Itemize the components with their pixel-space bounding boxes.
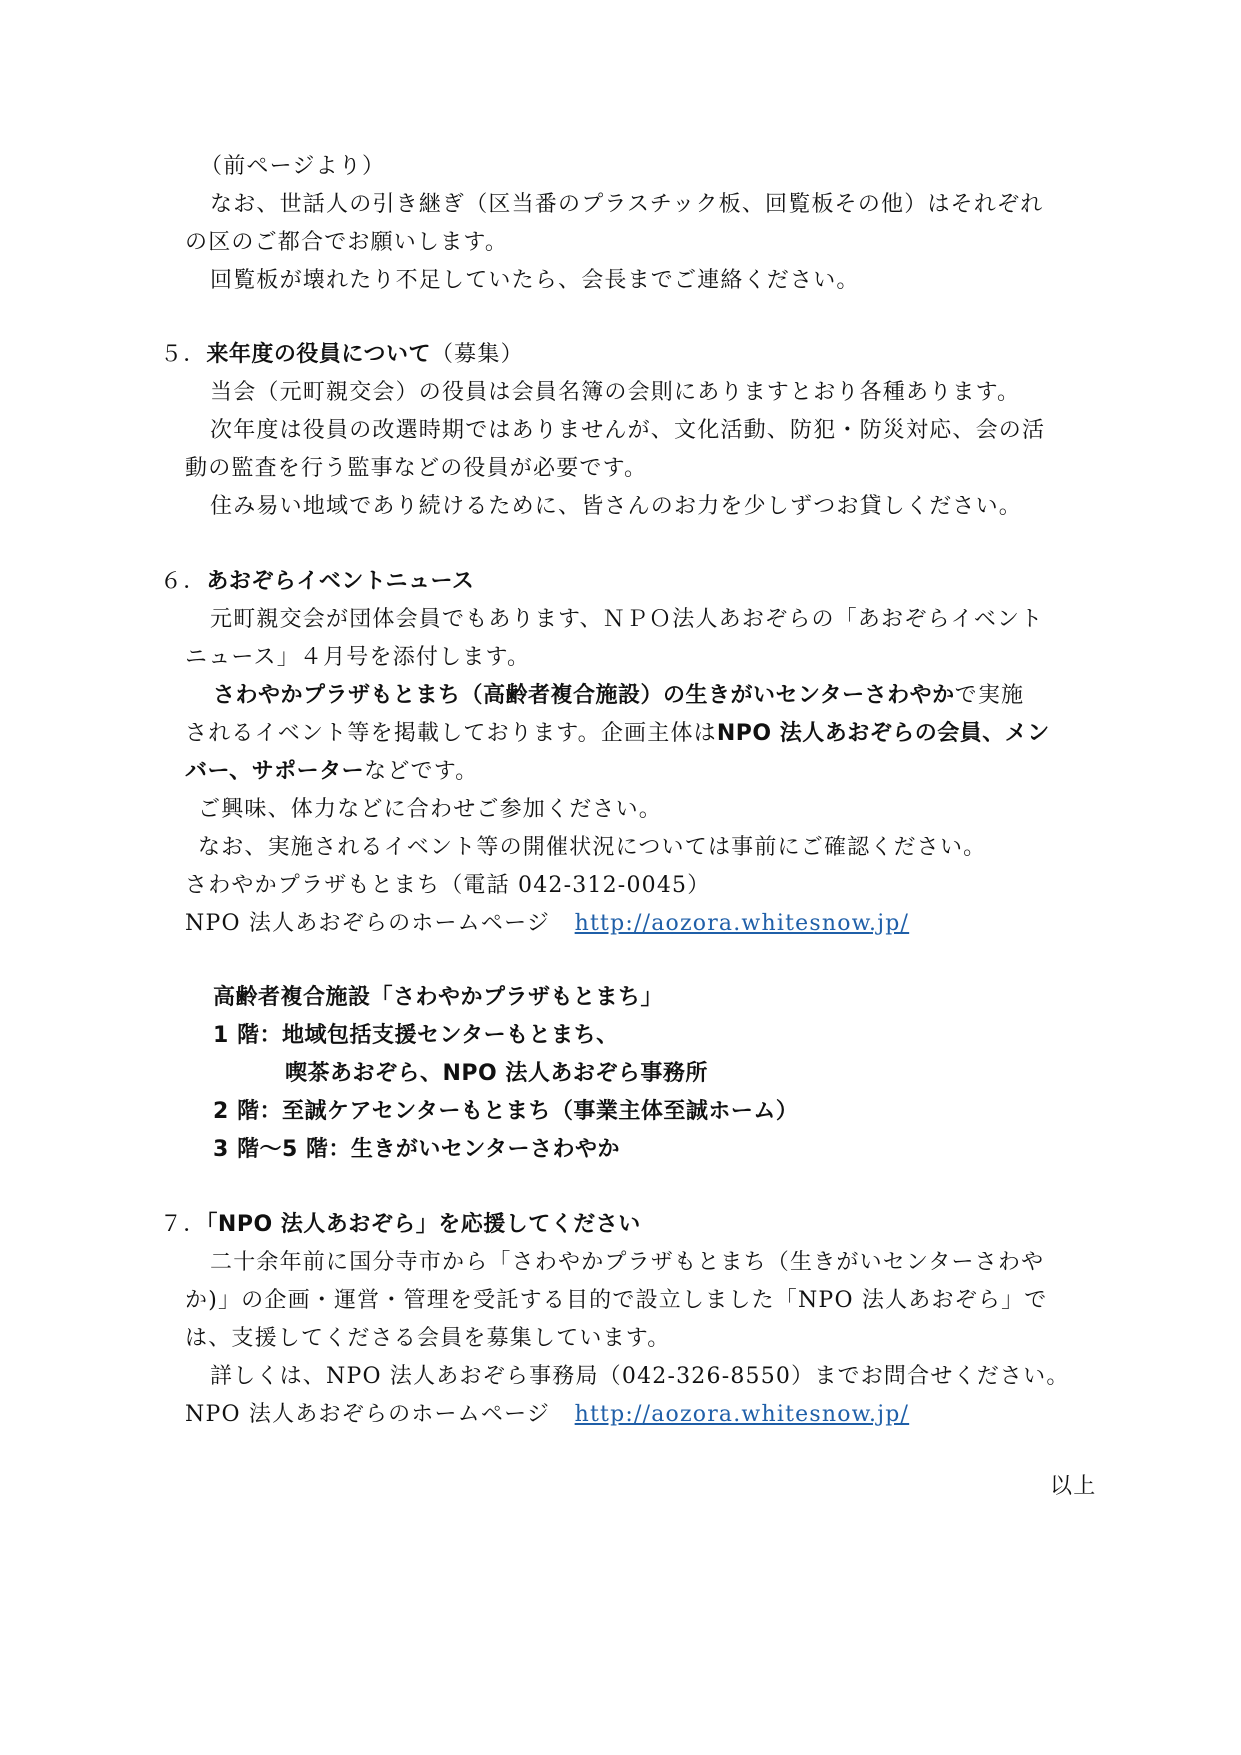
paragraph-line: 元町親交会が団体会員でもあります、ＮＰＯ法人あおぞらの「あおぞらイベント	[210, 605, 1043, 635]
facility-floor-1-cont: 喫茶あおぞら、NPO 法人あおぞら事務所	[285, 1059, 708, 1089]
plain-text: されるイベント等を掲載しております。企画主体は	[185, 721, 717, 746]
homepage-line: NPO 法人あおぞらのホームページ http://aozora.whitesno…	[185, 909, 909, 939]
paragraph-line: ご興味、体力などに合わせご参加ください。	[198, 795, 662, 825]
homepage-link[interactable]: http://aozora.whitesnow.jp/	[575, 911, 910, 936]
paragraph-line: バー、サポーターなどです。	[185, 757, 478, 787]
facility-floor-1: 1 階：地域包括支援センターもとまち、	[213, 1021, 619, 1051]
paragraph-line: は、支援してくださる会員を募集しています。	[185, 1324, 670, 1354]
homepage-line: NPO 法人あおぞらのホームページ http://aozora.whitesno…	[185, 1400, 909, 1430]
section-5-heading: ５．来年度の役員について（募集）	[160, 340, 524, 370]
document-page: （前ページより） なお、世話人の引き継ぎ（区当番のプラスチック板、回覧板その他）…	[0, 0, 1241, 1755]
contact-line: さわやかプラザもとまち（電話 042-312-0045）	[185, 871, 710, 901]
facility-title: 高齢者複合施設「さわやかプラザもとまち」	[213, 983, 663, 1013]
plain-text: などです。	[364, 759, 478, 784]
section-title: 「NPO 法人あおぞら」を応援してください	[206, 1212, 640, 1237]
paragraph-line: なお、実施されるイベント等の開催状況については事前にご確認ください。	[198, 833, 986, 863]
paragraph-line: なお、世話人の引き継ぎ（区当番のプラスチック板、回覧板その他）はそれぞれ	[210, 190, 1043, 220]
section-number: ６．	[160, 569, 206, 594]
facility-floor-3-5: 3 階～5 階：生きがいセンターさわやか	[213, 1135, 620, 1165]
closing-mark: 以上	[1050, 1472, 1096, 1502]
bold-text: NPO 法人あおぞらの会員、メン	[717, 721, 1050, 746]
homepage-label: NPO 法人あおぞらのホームページ	[185, 1402, 550, 1427]
plain-text: で実施	[955, 683, 1025, 708]
paragraph-line: の区のご都合でお願いします。	[185, 228, 508, 258]
paragraph-line: 二十余年前に国分寺市から「さわやかプラザもとまち（生きがいセンターさわや	[210, 1248, 1044, 1278]
section-title-suffix: （募集）	[431, 342, 524, 367]
facility-floor-2: 2 階：至誠ケアセンターもとまち（事業主体至誠ホーム）	[213, 1097, 798, 1127]
section-6-heading: ６．あおぞらイベントニュース	[160, 567, 474, 597]
homepage-label: NPO 法人あおぞらのホームページ	[185, 911, 550, 936]
bold-text: バー、サポーター	[185, 759, 364, 784]
paragraph-line: 動の監査を行う監事などの役員が必要です。	[185, 454, 647, 484]
section-title: 来年度の役員について	[206, 342, 431, 367]
homepage-link[interactable]: http://aozora.whitesnow.jp/	[575, 1402, 910, 1427]
section-number: ５．	[160, 342, 206, 367]
paragraph-line: さわやかプラザもとまち（高齢者複合施設）の生きがいセンターさわやかで実施	[213, 681, 1024, 711]
paragraph-line: されるイベント等を掲載しております。企画主体はNPO 法人あおぞらの会員、メン	[185, 719, 1050, 749]
paragraph-line: 住み易い地域であり続けるために、皆さんのお力を少しずつお貸しください。	[210, 492, 1022, 522]
paragraph-line: 回覧板が壊れたり不足していたら、会長までご連絡ください。	[210, 266, 860, 296]
continued-note: （前ページより）	[200, 152, 385, 182]
section-number: ７．	[160, 1212, 206, 1237]
paragraph-line: か)」の企画・運営・管理を受託する目的で設立しました「NPO 法人あおぞら」で	[185, 1286, 1047, 1316]
section-title: あおぞらイベントニュース	[206, 569, 474, 594]
bold-text: さわやかプラザもとまち（高齢者複合施設）の生きがいセンターさわやか	[213, 683, 955, 708]
section-7-heading: ７．「NPO 法人あおぞら」を応援してください	[160, 1210, 641, 1240]
paragraph-line: 当会（元町親交会）の役員は会員名簿の会則にありますとおり各種あります。	[210, 378, 1020, 408]
paragraph-line: 次年度は役員の改選時期ではありませんが、文化活動、防犯・防災対応、会の活	[210, 416, 1045, 446]
paragraph-line: ニュース」４月号を添付します。	[185, 643, 530, 673]
paragraph-line: 詳しくは、NPO 法人あおぞら事務局（042-326-8550）までお問合せくだ…	[210, 1362, 1070, 1392]
